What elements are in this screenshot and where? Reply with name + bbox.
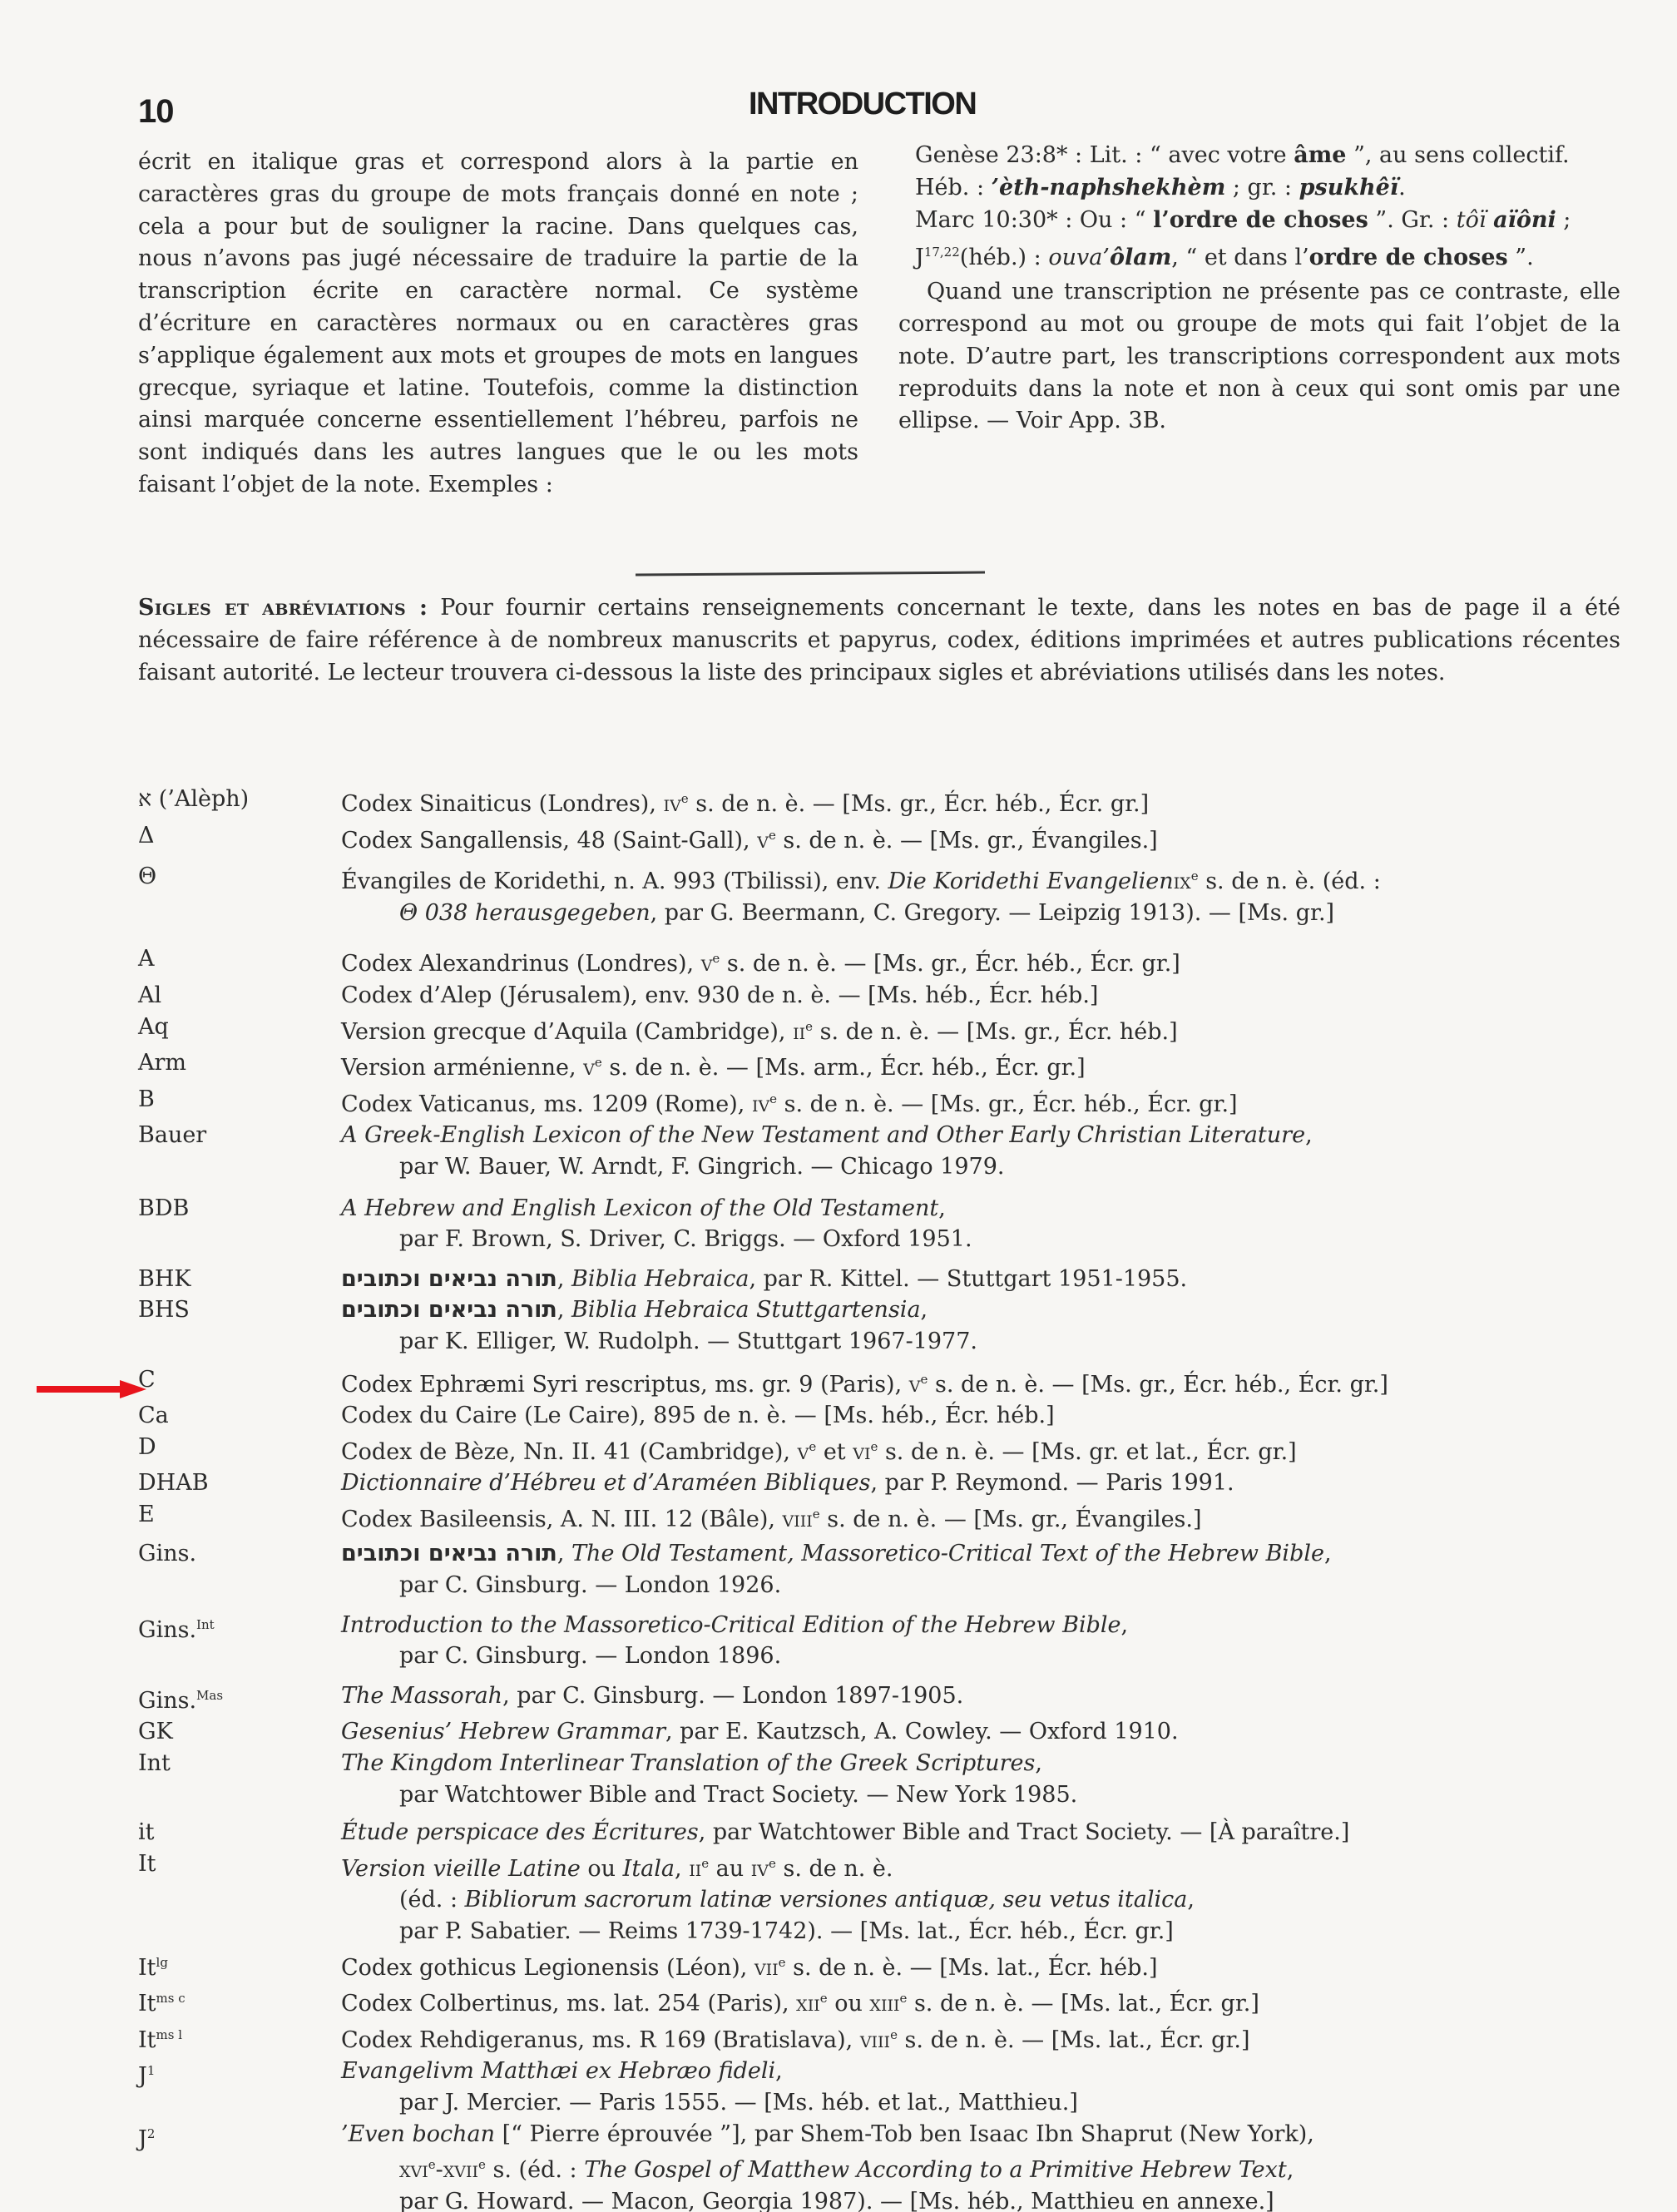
entry-bauer: BauerA Greek-English Lexicon of the New … (138, 1120, 1635, 1182)
century-suffix: e (820, 1991, 828, 2006)
title-italic: Biblia Hebraica Stuttgartensia (571, 1297, 921, 1323)
century: viiie (783, 1507, 820, 1532)
text: s. (éd. : (486, 2157, 584, 2183)
abbreviation: J1 (138, 2056, 341, 2118)
century-numeral: v (757, 828, 769, 854)
text: par C. Ginsburg. — London 1926. (399, 1572, 781, 1598)
century-numeral: xvi (399, 2157, 428, 2183)
century-numeral: iv (664, 791, 681, 817)
text: . (1159, 408, 1166, 433)
description: Codex Sinaiticus (Londres), ive s. de n.… (341, 784, 1635, 820)
example-genesis: Genèse 23:8* : Lit. : “ avec votre âme ”… (898, 140, 1620, 205)
century-suffix: e (428, 2157, 436, 2172)
bold-phrase: ordre de choses (1309, 245, 1508, 270)
hebrew-title: תורה נביאים וכתובים (341, 1541, 557, 1566)
title-italic: Étude perspicace des Écritures (341, 1819, 699, 1845)
century: xiiie (869, 1991, 907, 2017)
century-suffix: e (478, 2157, 486, 2172)
abbreviation-text: Al (138, 982, 161, 1008)
text: par J. Mercier. — Paris 1555. — [Ms. héb… (399, 2090, 1078, 2116)
description: Version vieille Latine ou Itala, iie au … (341, 1848, 1635, 1947)
description: Codex Basileensis, A. N. III. 12 (Bâle),… (341, 1499, 1635, 1536)
century-suffix: e (813, 1507, 820, 1522)
abbreviation-text: BHK (138, 1266, 191, 1292)
text: s. de n. è. (éd. : (1199, 868, 1381, 894)
description: Codex Colbertinus, ms. lat. 254 (Paris),… (341, 1983, 1635, 2020)
text: s. de n. è. — [Ms. gr., Écr. héb., Écr. … (928, 1372, 1388, 1398)
abbreviation-text: Ca (138, 1403, 169, 1428)
right-paragraph: Quand une transcription ne présente pas … (898, 276, 1620, 438)
entry-dhab: DHABDictionnaire d’Hébreu et d’Araméen B… (138, 1467, 1635, 1499)
abbreviation: Arm (138, 1047, 341, 1084)
text: Codex d’Alep (Jérusalem), env. 930 de n.… (341, 982, 1098, 1008)
description: Introduction to the Massoretico-Critical… (341, 1610, 1635, 1672)
century: ixe (1174, 868, 1199, 894)
text: , (675, 1856, 689, 1882)
title-italic: The Old Testament, Massoretico-Critical … (571, 1541, 1324, 1566)
text: , (1287, 2157, 1294, 2183)
title-italic: Evangelivm Matthæi ex Hebræo fideli (341, 2058, 775, 2084)
entry-b: BCodex Vaticanus, ms. 1209 (Rome), ive s… (138, 1084, 1635, 1121)
abbreviation-text: Aq (138, 1014, 169, 1040)
description: Version grecque d’Aquila (Cambridge), ii… (341, 1012, 1635, 1048)
abbreviation-text: D (138, 1434, 156, 1460)
bold-phrase: l’ordre de choses (1153, 207, 1368, 233)
abbreviation-text: It (138, 1991, 156, 2017)
page-number: 10 (138, 93, 174, 131)
abbreviation-text: Gins. (138, 1617, 196, 1643)
greek-italic: tôï (1457, 207, 1487, 233)
abbreviation-superscript: ms l (156, 2027, 183, 2042)
abbreviation-text: Bauer (138, 1122, 206, 1148)
century-numeral: v (701, 951, 713, 977)
abbreviation-superscript: Int (196, 1617, 215, 1632)
text: (héb.) : (960, 245, 1049, 270)
abbreviation: Itms l (138, 2020, 341, 2056)
century-suffix: e (701, 1856, 709, 1871)
entry-: ΔCodex Sangallensis, 48 (Saint-Gall), ve… (138, 820, 1635, 857)
text: (éd. : (399, 1887, 465, 1913)
abbreviation-text: Gins. (138, 1541, 196, 1566)
continuation-line: par K. Elliger, W. Rudolph. — Stuttgart … (341, 1326, 1635, 1358)
description: Évangiles de Koridethi, n. A. 993 (Tbili… (341, 861, 1635, 928)
text: , (775, 2058, 783, 2084)
entry-it: itÉtude perspicace des Écritures, par Wa… (138, 1817, 1635, 1848)
title-italic: The Gospel of Matthew According to a Pri… (584, 2157, 1287, 2183)
abbreviation-text: Arm (138, 1050, 186, 1076)
hebrew-italic: ouva’ (1048, 245, 1110, 270)
century-numeral: vi (853, 1439, 870, 1465)
century: viie (754, 1955, 786, 1981)
text: par C. Ginsburg. — London 1896. (399, 1643, 781, 1669)
text: au (709, 1856, 751, 1882)
description: תורה נביאים וכתובים, Biblia Hebraica, pa… (341, 1264, 1635, 1295)
abbreviation: א (’Alèph) (138, 784, 341, 820)
title-italic: Gesenius’ Hebrew Grammar (341, 1719, 665, 1744)
century: ive (751, 1856, 776, 1882)
abbreviation: BHS (138, 1294, 341, 1357)
text: Codex de Bèze, Nn. II. 41 (Cambridge), (341, 1439, 798, 1465)
text: Codex Colbertinus, ms. lat. 254 (Paris), (341, 1991, 796, 2017)
hebrew-bold-italic: ôlam (1110, 245, 1171, 270)
abbreviation: Int (138, 1748, 341, 1810)
description: ’Even bochan [“ Pierre éprouvée ”], par … (341, 2119, 1635, 2212)
century: ve (798, 1439, 817, 1465)
text: , (557, 1266, 571, 1292)
continuation-line: xvie-xviie s. (éd. : The Gospel of Matth… (341, 2150, 1635, 2186)
entry-: ΘÉvangiles de Koridethi, n. A. 993 (Tbil… (138, 861, 1635, 928)
description: Evangelivm Matthæi ex Hebræo fideli,par … (341, 2056, 1635, 2118)
description: Codex Vaticanus, ms. 1209 (Rome), ive s.… (341, 1084, 1635, 1121)
abbreviation-list: א (’Alèph)Codex Sinaiticus (Londres), iv… (138, 784, 1635, 2212)
description: Codex du Caire (Le Caire), 895 de n. è. … (341, 1400, 1635, 1432)
century: ve (701, 951, 720, 977)
text: Version grecque d’Aquila (Cambridge), (341, 1019, 793, 1045)
abbreviation: Itms c (138, 1983, 341, 2020)
text: , par E. Kautzsch, A. Cowley. — Oxford 1… (665, 1719, 1179, 1744)
century-suffix: e (779, 1955, 786, 1970)
text: s. de n. è. — [Ms. gr., Écr. héb., Écr. … (777, 1091, 1238, 1117)
sigles-intro: Sigles et abréviations : Pour fournir ce… (138, 592, 1620, 689)
abbreviation-text: A (138, 946, 155, 972)
abbreviation: it (138, 1817, 341, 1848)
text: et (816, 1439, 853, 1465)
text: par F. Brown, S. Driver, C. Briggs. — Ox… (399, 1226, 972, 1252)
abbreviation: C (138, 1364, 341, 1401)
bold-word: âme (1294, 142, 1346, 168)
title-italic: A Greek-English Lexicon of the New Testa… (341, 1122, 1305, 1148)
abbreviation: Ca (138, 1400, 341, 1432)
description: A Greek-English Lexicon of the New Testa… (341, 1120, 1635, 1182)
title-italic: Itala (623, 1856, 675, 1882)
text: s. de n. è. (776, 1856, 893, 1882)
text: Codex du Caire (Le Caire), 895 de n. è. … (341, 1403, 1055, 1428)
continuation-line: par G. Howard. — Macon, Georgia 1987). —… (341, 2186, 1635, 2212)
abbreviation: J2 (138, 2119, 341, 2212)
greek-bold-italic: aïôni (1493, 207, 1556, 233)
abbreviation-superscript: 1 (147, 2063, 156, 2078)
abbreviation: Itlg (138, 1947, 341, 1984)
abbreviation: Δ (138, 820, 341, 857)
text: Version arménienne, (341, 1055, 583, 1081)
continuation-line: par F. Brown, S. Driver, C. Briggs. — Ox… (341, 1224, 1635, 1255)
text: , (1187, 1887, 1195, 1913)
abbreviation: Gins.Mas (138, 1680, 341, 1717)
century: ve (909, 1372, 928, 1398)
abbreviation-text: It (138, 1851, 156, 1877)
text: , (921, 1297, 928, 1323)
right-column: Genèse 23:8* : Lit. : “ avec votre âme ”… (898, 140, 1620, 438)
text: s. de n. è. — [Ms. lat., Écr. héb.] (786, 1955, 1158, 1981)
century: viiie (860, 2027, 898, 2053)
description: The Kingdom Interlinear Translation of t… (341, 1748, 1635, 1810)
text: ou (581, 1856, 623, 1882)
hebrew-transliteration: ’èth-naphshekhèm (992, 175, 1226, 200)
running-head: INTRODUCTION (749, 87, 976, 122)
text: - (436, 2157, 443, 2183)
text: s. de n. è. — [Ms. lat., Écr. gr.] (907, 1991, 1259, 2017)
abbreviation-text: E (138, 1502, 155, 1527)
text: , “ et dans l’ (1171, 245, 1308, 270)
century-suffix: e (1191, 868, 1199, 883)
abbreviation: Al (138, 980, 341, 1012)
continuation-line: (éd. : Bibliorum sacrorum latinæ version… (341, 1884, 1635, 1916)
century-suffix: e (769, 1091, 777, 1106)
text: , par Watchtower Bible and Tract Society… (699, 1819, 1350, 1845)
hebrew-title: תורה נביאים וכתובים (341, 1266, 557, 1292)
example-marc: Marc 10:30* : Ou : “ l’ordre de choses ”… (898, 205, 1620, 275)
abbreviation-text: BHS (138, 1297, 190, 1323)
title-italic: Biblia Hebraica (571, 1266, 749, 1292)
description: Codex Rehdigeranus, ms. R 169 (Bratislav… (341, 2020, 1635, 2056)
text: Codex Vaticanus, ms. 1209 (Rome), (341, 1091, 752, 1117)
text: , (557, 1297, 571, 1323)
abbreviation: Bauer (138, 1120, 341, 1182)
entry-al: AlCodex d’Alep (Jérusalem), env. 930 de … (138, 980, 1635, 1012)
abbreviation-text: it (138, 1819, 155, 1845)
century: ive (752, 1091, 777, 1117)
century-suffix: e (681, 791, 689, 806)
abbreviation-text: J (138, 2126, 147, 2152)
text: ; gr. : (1225, 175, 1299, 200)
entry-int: IntThe Kingdom Interlinear Translation o… (138, 1748, 1635, 1810)
text: Codex Sangallensis, 48 (Saint-Gall), (341, 828, 757, 854)
text: , par C. Ginsburg. — London 1897-1905. (502, 1683, 963, 1709)
description: Codex d’Alep (Jérusalem), env. 930 de n.… (341, 980, 1635, 1012)
entry-alph: א (’Alèph)Codex Sinaiticus (Londres), iv… (138, 784, 1635, 820)
text: , (938, 1195, 946, 1221)
entry-arm: ArmVersion arménienne, ve s. de n. è. — … (138, 1047, 1635, 1084)
text: , par P. Reymond. — Paris 1991. (871, 1470, 1234, 1496)
century: xvie (399, 2157, 436, 2183)
abbreviation-superscript: ms c (156, 1991, 186, 2006)
description: Gesenius’ Hebrew Grammar, par E. Kautzsc… (341, 1716, 1635, 1748)
description: Version arménienne, ve s. de n. è. — [Ms… (341, 1047, 1635, 1084)
entry-d: DCodex de Bèze, Nn. II. 41 (Cambridge), … (138, 1432, 1635, 1468)
century-numeral: viii (783, 1507, 813, 1532)
abbreviation: BHK (138, 1264, 341, 1295)
text: Quand une transcription ne présente pas … (898, 279, 1620, 433)
century-numeral: xvii (443, 2157, 478, 2183)
text: Codex Basileensis, A. N. III. 12 (Bâle), (341, 1507, 783, 1532)
entry-e: ECodex Basileensis, A. N. III. 12 (Bâle)… (138, 1499, 1635, 1536)
text: Évangiles de Koridethi, n. A. 993 (Tbili… (341, 868, 888, 894)
abbreviation-text: א (’Alèph) (138, 786, 249, 812)
text: s. de n. è. — [Ms. gr. et lat., Écr. gr.… (878, 1439, 1296, 1465)
abbreviation: E (138, 1499, 341, 1536)
century-numeral: xiii (869, 1991, 899, 2017)
title-italic: The Kingdom Interlinear Translation of t… (341, 1750, 1035, 1776)
century-numeral: iv (751, 1856, 769, 1882)
entry-gk: GKGesenius’ Hebrew Grammar, par E. Kautz… (138, 1716, 1635, 1748)
abbreviation-text: It (138, 2027, 156, 2053)
entry-aq: AqVersion grecque d’Aquila (Cambridge), … (138, 1012, 1635, 1048)
abbreviation: Gins. (138, 1538, 341, 1601)
entry-gins: Gins.MasThe Massorah, par C. Ginsburg. —… (138, 1680, 1635, 1717)
century-numeral: v (909, 1372, 921, 1398)
abbreviation-text: Int (138, 1750, 171, 1776)
text: , par R. Kittel. — Stuttgart 1951-1955. (749, 1266, 1187, 1292)
abbreviation-text: DHAB (138, 1470, 209, 1496)
abbreviation: DHAB (138, 1467, 341, 1499)
century-numeral: v (583, 1055, 595, 1081)
text: s. de n. è. — [Ms. gr., Écr. héb., Écr. … (720, 951, 1180, 977)
entry-it: ItlgCodex gothicus Legionensis (Léon), v… (138, 1947, 1635, 1984)
text: ”. (1508, 245, 1534, 270)
century-suffix: e (712, 951, 720, 966)
text: Codex Rehdigeranus, ms. R 169 (Bratislav… (341, 2027, 860, 2053)
text: s. de n. è. — [Ms. gr., Écr. héb.] (813, 1019, 1178, 1045)
text: par K. Elliger, W. Rudolph. — Stuttgart … (399, 1329, 977, 1354)
description: The Massorah, par C. Ginsburg. — London … (341, 1680, 1635, 1717)
text: par Watchtower Bible and Tract Society. … (399, 1782, 1077, 1808)
century-suffix: e (809, 1439, 816, 1454)
section-divider (636, 572, 985, 577)
description: Codex Alexandrinus (Londres), ve s. de n… (341, 943, 1635, 980)
text: , (1121, 1612, 1129, 1638)
text: par W. Bauer, W. Arndt, F. Gingrich. — C… (399, 1154, 1004, 1180)
description: Codex de Bèze, Nn. II. 41 (Cambridge), v… (341, 1432, 1635, 1468)
abbreviation-text: BDB (138, 1195, 189, 1221)
title-italic: Θ 038 herausgegeben (399, 900, 651, 926)
abbreviation: Aq (138, 1012, 341, 1048)
century: ive (664, 791, 689, 817)
text: s. de n. è. — [Ms. arm., Écr. héb., Écr.… (602, 1055, 1086, 1081)
description: Codex Ephræmi Syri rescriptus, ms. gr. 9… (341, 1364, 1635, 1401)
continuation-line: Θ 038 herausgegeben, par G. Beermann, C.… (341, 898, 1635, 929)
abbreviation-text: It (138, 1955, 156, 1981)
left-paragraph: écrit en italique gras et correspond alo… (138, 146, 858, 502)
century-numeral: iv (752, 1091, 769, 1117)
century: xviie (443, 2157, 486, 2183)
century-numeral: ix (1174, 868, 1191, 894)
entry-it: Itms cCodex Colbertinus, ms. lat. 254 (P… (138, 1983, 1635, 2020)
abbreviation: GK (138, 1716, 341, 1748)
continuation-line: par P. Sabatier. — Reims 1739-1742). — [… (341, 1916, 1635, 1947)
title-italic: A Hebrew and English Lexicon of the Old … (341, 1195, 938, 1221)
text: s. de n. è. — [Ms. lat., Écr. gr.] (898, 2027, 1250, 2053)
century: xiie (796, 1991, 827, 2017)
century-numeral: v (798, 1439, 809, 1465)
text: s. de n. è. — [Ms. gr., Écr. héb., Écr. … (689, 791, 1150, 817)
left-column: écrit en italique gras et correspond alo… (138, 146, 858, 502)
entry-gins: Gins.IntIntroduction to the Massoretico-… (138, 1610, 1635, 1672)
example-ref: Marc 10:30* : Ou : “ (915, 207, 1153, 233)
text: , par G. Beermann, C. Gregory. — Leipzig… (651, 900, 1334, 926)
abbreviation: A (138, 943, 341, 980)
greek-transliteration: psukhêï (1299, 175, 1398, 200)
abbreviation-text: Θ (138, 864, 156, 889)
century: iie (793, 1019, 813, 1045)
continuation-line: par Watchtower Bible and Tract Society. … (341, 1779, 1635, 1811)
text: Codex Ephræmi Syri rescriptus, ms. gr. 9… (341, 1372, 909, 1398)
entry-it: ItVersion vieille Latine ou Itala, iie a… (138, 1848, 1635, 1947)
small-cap: B (1143, 408, 1160, 433)
text: ou (828, 1991, 870, 2017)
entry-gins: Gins.תורה נביאים וכתובים, The Old Testam… (138, 1538, 1635, 1601)
entry-j: J1Evangelivm Matthæi ex Hebræo fideli,pa… (138, 2056, 1635, 2118)
century-suffix: e (769, 828, 776, 843)
entry-a: ACodex Alexandrinus (Londres), ve s. de … (138, 943, 1635, 980)
century-suffix: e (805, 1019, 813, 1034)
century-numeral: ii (793, 1019, 805, 1045)
text: Codex gothicus Legionensis (Léon), (341, 1955, 754, 1981)
abbreviation: D (138, 1432, 341, 1468)
description: תורה נביאים וכתובים, The Old Testament, … (341, 1538, 1635, 1601)
century-numeral: ii (689, 1856, 701, 1882)
continuation-line: par J. Mercier. — Paris 1555. — [Ms. héb… (341, 2087, 1635, 2119)
description: Étude perspicace des Écritures, par Watc… (341, 1817, 1635, 1848)
red-arrow-icon (37, 1380, 146, 1398)
title-italic: Bibliorum sacrorum latinæ versiones anti… (465, 1887, 1188, 1913)
text: , (1324, 1541, 1332, 1566)
abbreviation: Gins.Int (138, 1610, 341, 1672)
text: . (1398, 175, 1406, 200)
continuation-line: par C. Ginsburg. — London 1926. (341, 1570, 1635, 1601)
description: Codex Sangallensis, 48 (Saint-Gall), ve … (341, 820, 1635, 857)
century-suffix: e (769, 1856, 776, 1871)
example-ref: Genèse 23:8* : Lit. : “ avec votre (915, 142, 1294, 168)
text: s. de n. è. — [Ms. gr., Évangiles.] (820, 1507, 1202, 1532)
entry-bhk: BHKתורה נביאים וכתובים, Biblia Hebraica,… (138, 1264, 1635, 1295)
text: , (1035, 1750, 1042, 1776)
continuation-line: par C. Ginsburg. — London 1896. (341, 1640, 1635, 1672)
century: ve (757, 828, 776, 854)
text: [“ Pierre éprouvée ”], par Shem-Tob ben … (495, 2121, 1314, 2147)
description: Dictionnaire d’Hébreu et d’Araméen Bibli… (341, 1467, 1635, 1499)
century-suffix: e (595, 1055, 602, 1070)
abbreviation-text: Gins. (138, 1688, 196, 1714)
century: iie (689, 1856, 709, 1882)
entry-bhs: BHSתורה נביאים וכתובים, Biblia Hebraica … (138, 1294, 1635, 1357)
abbreviation: BDB (138, 1193, 341, 1255)
century: vie (853, 1439, 878, 1465)
title-italic: Dictionnaire d’Hébreu et d’Araméen Bibli… (341, 1470, 871, 1496)
text: Codex Sinaiticus (Londres), (341, 791, 664, 817)
title-italic: The Massorah (341, 1683, 502, 1709)
continuation-line: par W. Bauer, W. Arndt, F. Gingrich. — C… (341, 1151, 1635, 1183)
title-italic: ’Even bochan (341, 2121, 495, 2147)
century-numeral: viii (860, 2027, 890, 2053)
title-italic: Version vieille Latine (341, 1856, 581, 1882)
century-suffix: e (890, 2027, 898, 2042)
abbreviation: B (138, 1084, 341, 1121)
abbreviation-text: J (138, 2063, 147, 2089)
text: ”. Gr. : (1368, 207, 1457, 233)
abbreviation-superscript: 2 (147, 2126, 156, 2141)
abbreviation-text: GK (138, 1719, 173, 1744)
entry-it: Itms lCodex Rehdigeranus, ms. R 169 (Bra… (138, 2020, 1635, 2056)
description: תורה נביאים וכתובים, Biblia Hebraica Stu… (341, 1294, 1635, 1357)
description: Codex gothicus Legionensis (Léon), viie … (341, 1947, 1635, 1984)
abbreviation-text: C (138, 1367, 156, 1393)
abbreviation: Θ (138, 861, 341, 928)
hebrew-title: תורה נביאים וכתובים (341, 1297, 557, 1323)
description: A Hebrew and English Lexicon of the Old … (341, 1193, 1635, 1255)
entry-bdb: BDBA Hebrew and English Lexicon of the O… (138, 1193, 1635, 1255)
abbreviation-text: Δ (138, 823, 155, 849)
text: s. de n. è. — [Ms. gr., Évangiles.] (776, 828, 1158, 854)
abbreviation-superscript: Mas (196, 1688, 223, 1703)
title-italic: Introduction to the Massoretico-Critical… (341, 1612, 1121, 1638)
entry-c: CCodex Ephræmi Syri rescriptus, ms. gr. … (138, 1364, 1635, 1401)
entry-ca: CaCodex du Caire (Le Caire), 895 de n. è… (138, 1400, 1635, 1432)
century-numeral: vii (754, 1955, 779, 1981)
text: , (1305, 1122, 1313, 1148)
text: Codex Alexandrinus (Londres), (341, 951, 701, 977)
century-numeral: xii (796, 1991, 820, 2017)
text: , (557, 1541, 571, 1566)
